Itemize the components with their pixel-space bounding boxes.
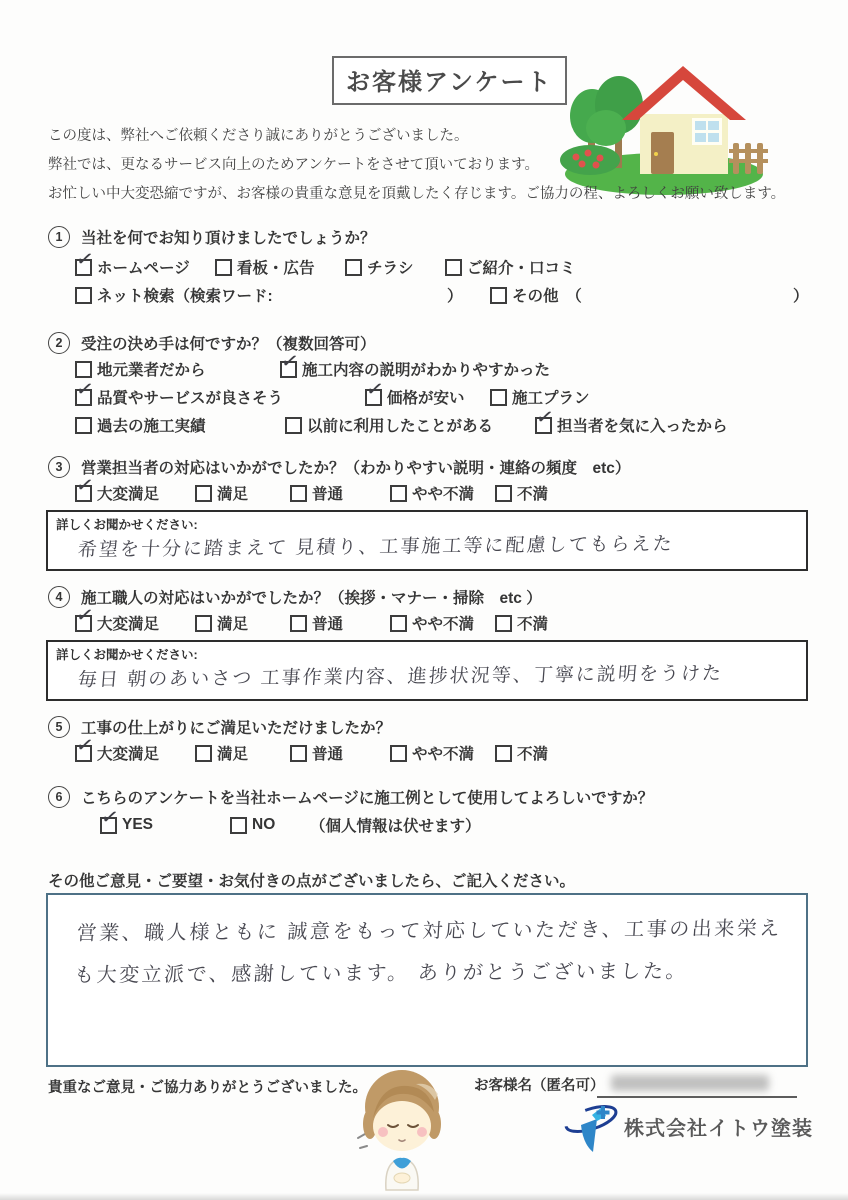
page-title: お客様アンケート bbox=[332, 56, 567, 105]
option-flyer[interactable]: ✓ チラシ bbox=[345, 256, 414, 278]
option-label: その他 （ bbox=[512, 284, 582, 306]
question-4-detail-input[interactable]: 詳しくお聞かせください: 毎日 朝のあいさつ 工事作業内容、進捗状況等、丁寧に説… bbox=[46, 640, 808, 701]
checkbox[interactable]: ✓ bbox=[75, 417, 92, 434]
check-mark-icon: ✓ bbox=[74, 603, 95, 627]
option-satisfied[interactable]: ✓ 満足 bbox=[195, 742, 248, 764]
check-mark-icon: ✓ bbox=[74, 247, 95, 271]
other-comments-section: その他ご意見・ご要望・お気付きの点がございましたら、ご記入ください。 営業、職人… bbox=[0, 869, 848, 1069]
option-label: 不満 bbox=[517, 482, 548, 504]
company-name: 株式会社イトウ塗装 bbox=[624, 1112, 813, 1141]
redacted-name bbox=[611, 1075, 769, 1091]
question-3-detail-input[interactable]: 詳しくお聞かせください: 希望を十分に踏まえて 見積り、工事施工等に配慮してもら… bbox=[46, 510, 808, 571]
question-1-options-row-2: ✓ ネット検索（検索ワード: ） ✓ その他 （ ） bbox=[0, 284, 848, 310]
scan-edge-shadow bbox=[0, 1193, 848, 1200]
customer-name-label: お客様名（匿名可） bbox=[474, 1074, 605, 1095]
checkbox[interactable]: ✓ bbox=[535, 417, 552, 434]
option-neutral[interactable]: ✓ 普通 bbox=[290, 742, 343, 764]
option-label: やや不満 bbox=[412, 742, 474, 764]
checkbox[interactable]: ✓ bbox=[285, 417, 302, 434]
option-satisfied[interactable]: ✓ 満足 bbox=[195, 612, 248, 634]
checkbox[interactable]: ✓ bbox=[75, 259, 92, 276]
question-2-header: 2 受注の決め手は何ですか？（複数回答可） bbox=[48, 332, 376, 354]
option-referral[interactable]: ✓ ご紹介・口コミ bbox=[445, 256, 576, 278]
checkbox[interactable]: ✓ bbox=[490, 389, 507, 406]
option-very-satisfied[interactable]: ✓ 大変満足 bbox=[75, 742, 159, 764]
check-mark-icon: ✓ bbox=[74, 733, 95, 757]
question-2-options-row-1: ✓ 地元業者だから ✓ 施工内容の説明がわかりやすかった bbox=[0, 358, 848, 384]
checkbox[interactable]: ✓ bbox=[75, 287, 92, 304]
handwritten-comment: 営業、職人様ともに 誠意をもって対応していただき、工事の出来栄えも大変立派で、感… bbox=[45, 890, 786, 997]
thanks-text: 貴重なご意見・ご協力ありがとうございました。 bbox=[48, 1076, 367, 1097]
option-label: 大変満足 bbox=[97, 742, 159, 764]
checkbox[interactable]: ✓ bbox=[195, 485, 212, 502]
other-comments-label: その他ご意見・ご要望・お気付きの点がございましたら、ご記入ください。 bbox=[48, 869, 575, 891]
option-label: 満足 bbox=[217, 482, 248, 504]
checkbox[interactable]: ✓ bbox=[75, 745, 92, 762]
question-text: 当社を何でお知り頂けましたでしょうか？ bbox=[81, 226, 376, 248]
privacy-note: （個人情報は伏せます） bbox=[310, 814, 481, 836]
option-somewhat-dissatisfied[interactable]: ✓ やや不満 bbox=[390, 482, 474, 504]
option-somewhat-dissatisfied[interactable]: ✓ やや不満 bbox=[390, 612, 474, 634]
checkbox[interactable]: ✓ bbox=[495, 745, 512, 762]
option-no[interactable]: ✓ NO bbox=[230, 814, 275, 836]
question-text: こちらのアンケートを当社ホームページに施工例として使用してよろしいですか？ bbox=[81, 786, 653, 808]
option-label: ホームページ bbox=[97, 256, 190, 278]
option-label: 大変満足 bbox=[97, 482, 159, 504]
checkbox[interactable]: ✓ bbox=[290, 745, 307, 762]
option-label: 普通 bbox=[312, 742, 343, 764]
option-local-contractor[interactable]: ✓ 地元業者だから bbox=[75, 358, 206, 380]
checkbox[interactable]: ✓ bbox=[75, 361, 92, 378]
option-label: 看板・広告 bbox=[237, 256, 315, 278]
checkbox[interactable]: ✓ bbox=[390, 485, 407, 502]
checkbox[interactable]: ✓ bbox=[75, 389, 92, 406]
option-label: 普通 bbox=[312, 612, 343, 634]
intro-line-2: 弊社では、更なるサービス向上のためアンケートをさせて頂いております。 bbox=[48, 151, 785, 180]
option-label: 施工プラン bbox=[512, 386, 590, 408]
question-5-header: 5 工事の仕上がりにご満足いただけましたか？ bbox=[48, 716, 391, 738]
checkbox[interactable]: ✓ bbox=[75, 615, 92, 632]
question-1: 1 当社を何でお知り頂けましたでしょうか？ ✓ ホームページ ✓ 看板・広告 ✓… bbox=[0, 226, 848, 316]
option-label: 担当者を気に入ったから bbox=[557, 414, 728, 436]
option-label: ご紹介・口コミ bbox=[467, 256, 576, 278]
paren-close: ） bbox=[447, 284, 463, 306]
checkbox[interactable]: ✓ bbox=[290, 615, 307, 632]
question-6-header: 6 こちらのアンケートを当社ホームページに施工例として使用してよろしいですか？ bbox=[48, 786, 653, 808]
checkbox[interactable]: ✓ bbox=[495, 615, 512, 632]
option-low-price[interactable]: ✓ 価格が安い bbox=[365, 386, 465, 408]
option-very-satisfied[interactable]: ✓ 大変満足 bbox=[75, 482, 159, 504]
question-3-rating-row: ✓ 大変満足 ✓ 満足 ✓ 普通 ✓ やや不満 ✓ 不満 bbox=[0, 482, 848, 508]
option-dissatisfied[interactable]: ✓ 不満 bbox=[495, 482, 548, 504]
intro-line-3: お忙しい中大変恐縮ですが、お客様の貴重な意見を頂戴したく存じます。ご協力の程、よ… bbox=[48, 180, 785, 209]
option-homepage[interactable]: ✓ ホームページ bbox=[75, 256, 190, 278]
question-number: 2 bbox=[48, 332, 70, 354]
checkbox[interactable]: ✓ bbox=[445, 259, 462, 276]
checkbox[interactable]: ✓ bbox=[100, 817, 117, 834]
option-label: ネット検索（検索ワード: bbox=[97, 284, 273, 306]
paren-close: ） bbox=[793, 284, 809, 306]
checkbox[interactable]: ✓ bbox=[280, 361, 297, 378]
option-label: 満足 bbox=[217, 612, 248, 634]
question-text: 工事の仕上がりにご満足いただけましたか？ bbox=[81, 716, 391, 738]
option-label: YES bbox=[122, 816, 153, 834]
intro-line-1: この度は、弊社へご依頼くださり誠にありがとうございました。 bbox=[48, 122, 785, 151]
customer-name-field[interactable] bbox=[597, 1072, 797, 1098]
checkbox[interactable]: ✓ bbox=[75, 485, 92, 502]
question-4-rating-row: ✓ 大変満足 ✓ 満足 ✓ 普通 ✓ やや不満 ✓ 不満 bbox=[0, 612, 848, 638]
question-2: 2 受注の決め手は何ですか？（複数回答可） ✓ 地元業者だから ✓ 施工内容の説… bbox=[0, 332, 848, 444]
company-logo bbox=[562, 1098, 620, 1162]
option-signboard-ad[interactable]: ✓ 看板・広告 bbox=[215, 256, 315, 278]
option-neutral[interactable]: ✓ 普通 bbox=[290, 482, 343, 504]
question-number: 5 bbox=[48, 716, 70, 738]
option-past-results[interactable]: ✓ 過去の施工実績 bbox=[75, 414, 206, 436]
question-5: 5 工事の仕上がりにご満足いただけましたか？ ✓ 大変満足 ✓ 満足 ✓ 普通 … bbox=[0, 716, 848, 772]
question-4: 4 施工職人の対応はいかがでしたか？（挨拶・マナー・掃除 etc ） ✓ 大変満… bbox=[0, 586, 848, 702]
check-mark-icon: ✓ bbox=[279, 349, 300, 373]
question-3: 3 営業担当者の対応はいかがでしたか？（わかりやすい説明・連絡の頻度 etc） … bbox=[0, 456, 848, 572]
question-3-header: 3 営業担当者の対応はいかがでしたか？（わかりやすい説明・連絡の頻度 etc） bbox=[48, 456, 630, 478]
option-label: 満足 bbox=[217, 742, 248, 764]
option-label: 価格が安い bbox=[387, 386, 465, 408]
checkbox[interactable]: ✓ bbox=[230, 817, 247, 834]
question-text: 受注の決め手は何ですか？（複数回答可） bbox=[81, 332, 376, 354]
check-mark-icon: ✓ bbox=[74, 377, 95, 401]
option-other[interactable]: ✓ その他 （ bbox=[490, 284, 582, 306]
option-clear-explanation[interactable]: ✓ 施工内容の説明がわかりやすかった bbox=[280, 358, 550, 380]
option-label: 不満 bbox=[517, 742, 548, 764]
option-label: 以前に利用したことがある bbox=[307, 414, 493, 436]
other-comments-input[interactable]: 営業、職人様ともに 誠意をもって対応していただき、工事の出来栄えも大変立派で、感… bbox=[46, 893, 808, 1067]
check-mark-icon: ✓ bbox=[364, 377, 385, 401]
checkbox[interactable]: ✓ bbox=[495, 485, 512, 502]
option-yes[interactable]: ✓ YES bbox=[100, 814, 153, 836]
intro-text: この度は、弊社へご依頼くださり誠にありがとうございました。 弊社では、更なるサー… bbox=[48, 122, 785, 209]
option-label: やや不満 bbox=[412, 482, 474, 504]
question-1-header: 1 当社を何でお知り頂けましたでしょうか？ bbox=[48, 226, 376, 248]
checkbox[interactable]: ✓ bbox=[290, 485, 307, 502]
option-label: やや不満 bbox=[412, 612, 474, 634]
checkbox[interactable]: ✓ bbox=[490, 287, 507, 304]
checkbox[interactable]: ✓ bbox=[390, 745, 407, 762]
question-2-options-row-3: ✓ 過去の施工実績 ✓ 以前に利用したことがある ✓ 担当者を気に入ったから bbox=[0, 414, 848, 440]
option-label: 不満 bbox=[517, 612, 548, 634]
checkbox[interactable]: ✓ bbox=[390, 615, 407, 632]
checkbox[interactable]: ✓ bbox=[195, 745, 212, 762]
option-net-search[interactable]: ✓ ネット検索（検索ワード: bbox=[75, 284, 273, 306]
option-label: NO bbox=[252, 816, 275, 834]
checkbox[interactable]: ✓ bbox=[345, 259, 362, 276]
bowing-girl-illustration bbox=[350, 1062, 454, 1194]
question-number: 6 bbox=[48, 786, 70, 808]
question-number: 4 bbox=[48, 586, 70, 608]
option-good-quality[interactable]: ✓ 品質やサービスが良さそう bbox=[75, 386, 283, 408]
checkbox[interactable]: ✓ bbox=[215, 259, 232, 276]
option-dissatisfied[interactable]: ✓ 不満 bbox=[495, 742, 548, 764]
option-label: 普通 bbox=[312, 482, 343, 504]
check-mark-icon: ✓ bbox=[74, 473, 95, 497]
question-6: 6 こちらのアンケートを当社ホームページに施工例として使用してよろしいですか？ … bbox=[0, 786, 848, 844]
question-4-header: 4 施工職人の対応はいかがでしたか？（挨拶・マナー・掃除 etc ） bbox=[48, 586, 542, 608]
question-2-options-row-2: ✓ 品質やサービスが良さそう ✓ 価格が安い ✓ 施工プラン bbox=[0, 386, 848, 412]
survey-page: お客様アンケート この度は、弊社へご依頼くださり誠にありがとうございました。 弊… bbox=[0, 0, 848, 1200]
checkbox[interactable]: ✓ bbox=[365, 389, 382, 406]
question-1-options-row-1: ✓ ホームページ ✓ 看板・広告 ✓ チラシ ✓ ご紹介・口コミ bbox=[0, 256, 848, 282]
option-label: 過去の施工実績 bbox=[97, 414, 206, 436]
question-text: 営業担当者の対応はいかがでしたか？（わかりやすい説明・連絡の頻度 etc） bbox=[81, 456, 630, 478]
question-text: 施工職人の対応はいかがでしたか？（挨拶・マナー・掃除 etc ） bbox=[81, 586, 542, 608]
option-very-satisfied[interactable]: ✓ 大変満足 bbox=[75, 612, 159, 634]
checkbox[interactable]: ✓ bbox=[195, 615, 212, 632]
option-somewhat-dissatisfied[interactable]: ✓ やや不満 bbox=[390, 742, 474, 764]
option-used-before[interactable]: ✓ 以前に利用したことがある bbox=[285, 414, 493, 436]
option-liked-representative[interactable]: ✓ 担当者を気に入ったから bbox=[535, 414, 728, 436]
question-5-rating-row: ✓ 大変満足 ✓ 満足 ✓ 普通 ✓ やや不満 ✓ 不満 bbox=[0, 742, 848, 768]
check-mark-icon: ✓ bbox=[99, 805, 120, 829]
option-label: 地元業者だから bbox=[97, 358, 206, 380]
option-dissatisfied[interactable]: ✓ 不満 bbox=[495, 612, 548, 634]
option-label: 施工内容の説明がわかりやすかった bbox=[302, 358, 550, 380]
option-satisfied[interactable]: ✓ 満足 bbox=[195, 482, 248, 504]
option-neutral[interactable]: ✓ 普通 bbox=[290, 612, 343, 634]
question-number: 1 bbox=[48, 226, 70, 248]
question-6-options-row: ✓ YES ✓ NO （個人情報は伏せます） bbox=[0, 814, 848, 840]
check-mark-icon: ✓ bbox=[534, 405, 555, 429]
option-label: チラシ bbox=[367, 256, 414, 278]
option-label: 大変満足 bbox=[97, 612, 159, 634]
option-label: 品質やサービスが良さそう bbox=[97, 386, 283, 408]
question-number: 3 bbox=[48, 456, 70, 478]
